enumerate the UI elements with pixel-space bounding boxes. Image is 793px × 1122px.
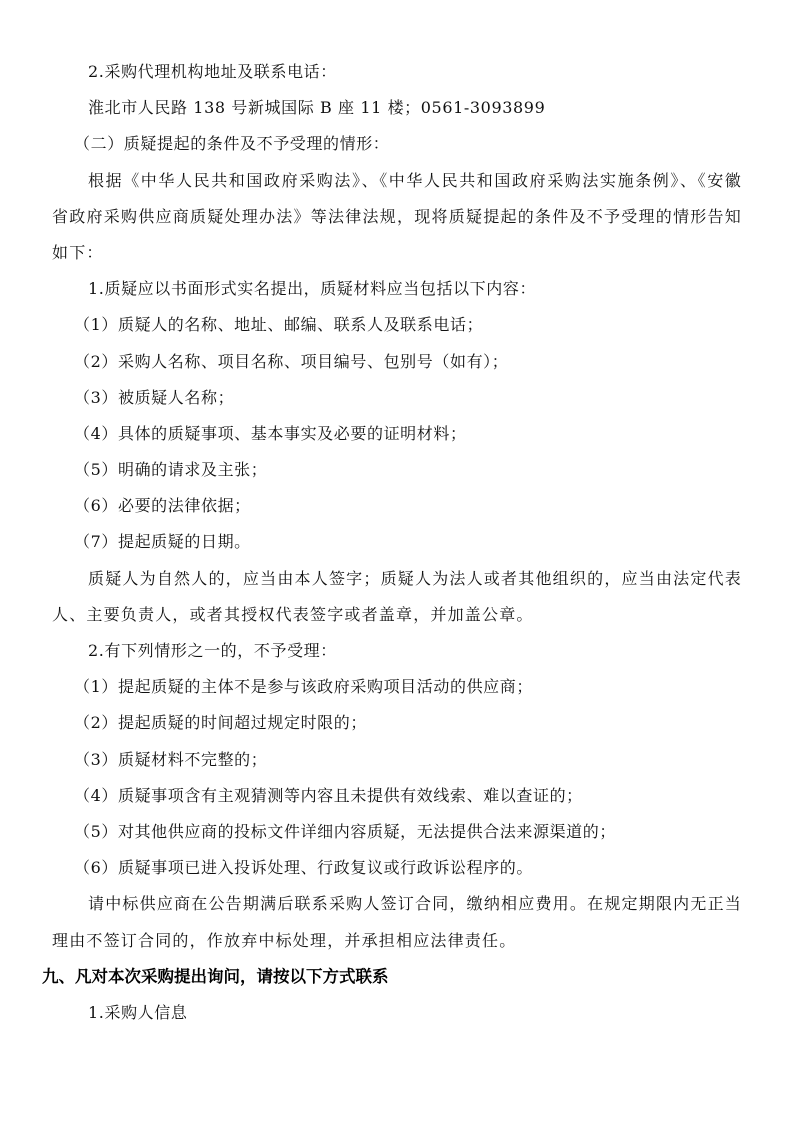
legal-basis-paragraph: 根据《中华人民共和国政府采购法》、《中华人民共和国政府采购法实施条例》、《安徽省… <box>52 163 742 272</box>
requirement-item: （2）采购人名称、项目名称、项目编号、包别号（如有）； <box>52 344 742 380</box>
requirement-item: （4）具体的质疑事项、基本事实及必要的证明材料； <box>52 416 742 452</box>
signature-paragraph: 质疑人为自然人的，应当由本人签字；质疑人为法人或者其他组织的，应当由法定代表人、… <box>52 561 742 633</box>
agency-contact-label: 2.采购代理机构地址及联系电话： <box>52 54 742 90</box>
requirement-item: （5）明确的请求及主张； <box>52 452 742 488</box>
section-two-title: （二）质疑提起的条件及不予受理的情形： <box>52 126 742 162</box>
requirement-item: （3）被质疑人名称； <box>52 380 742 416</box>
rejection-item: （3）质疑材料不完整的； <box>52 742 742 778</box>
rejection-item: （6）质疑事项已进入投诉处理、行政复议或行政诉讼程序的。 <box>52 850 742 886</box>
requirement-list: （1）质疑人的名称、地址、邮编、联系人及联系电话； （2）采购人名称、项目名称、… <box>52 307 742 560</box>
rejection-item: （4）质疑事项含有主观猜测等内容且未提供有效线索、难以查证的； <box>52 778 742 814</box>
contract-paragraph: 请中标供应商在公告期满后联系采购人签订合同，缴纳相应费用。在规定期限内无正当理由… <box>52 886 742 958</box>
requirement-item: （6）必要的法律依据； <box>52 488 742 524</box>
agency-contact-value: 淮北市人民路 138 号新城国际 B 座 11 楼；0561-3093899 <box>52 90 742 126</box>
rejection-title: 2.有下列情形之一的，不予受理： <box>52 633 742 669</box>
requirement-item: （7）提起质疑的日期。 <box>52 524 742 560</box>
rejection-item: （5）对其他供应商的投标文件详细内容质疑，无法提供合法来源渠道的； <box>52 814 742 850</box>
purchaser-info-label: 1.采购人信息 <box>52 995 742 1031</box>
section-nine-heading: 九、凡对本次采购提出询问，请按以下方式联系 <box>42 959 742 995</box>
rejection-item: （1）提起质疑的主体不是参与该政府采购项目活动的供应商； <box>52 669 742 705</box>
requirement-title: 1.质疑应以书面形式实名提出，质疑材料应当包括以下内容： <box>52 271 742 307</box>
rejection-item: （2）提起质疑的时间超过规定时限的； <box>52 705 742 741</box>
document-page: 2.采购代理机构地址及联系电话： 淮北市人民路 138 号新城国际 B 座 11… <box>52 54 742 1031</box>
requirement-item: （1）质疑人的名称、地址、邮编、联系人及联系电话； <box>52 307 742 343</box>
rejection-list: （1）提起质疑的主体不是参与该政府采购项目活动的供应商； （2）提起质疑的时间超… <box>52 669 742 886</box>
